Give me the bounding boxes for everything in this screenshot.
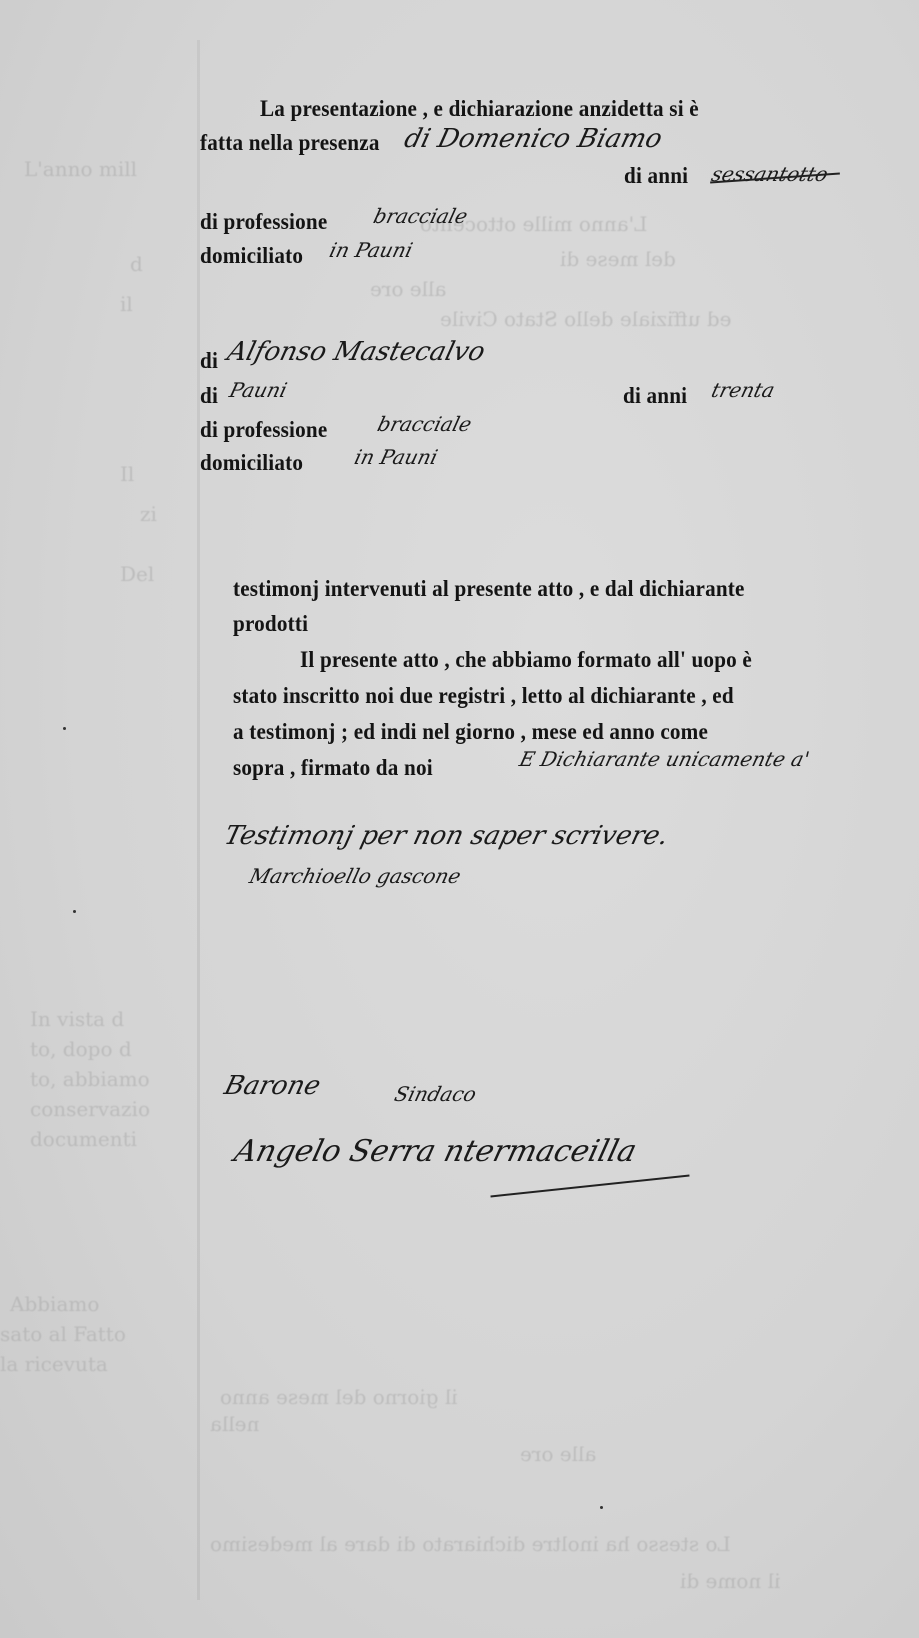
signature-label-barone: Barone (222, 1072, 324, 1100)
bleed-through-text: conservazio (30, 1095, 150, 1123)
signature-flourish (490, 1175, 689, 1198)
first-witness-age-label: di anni (624, 160, 688, 192)
body-line-1: testimonj intervenuti al presente atto ,… (233, 573, 745, 605)
first-witness-name: di Domenico Biamo (402, 125, 666, 153)
bleed-through-text: In vista d (30, 1005, 124, 1033)
bleed-through-text: alle ore (520, 1440, 596, 1468)
first-witness-domicile-label: domiciliato (200, 240, 303, 272)
second-witness-name-label: di (200, 345, 218, 377)
first-witness-profession-label: di professione (200, 206, 327, 238)
bleed-through-text: alle ore (370, 275, 446, 303)
bleed-through-text: la ricevuta (0, 1350, 108, 1378)
bleed-through-text: ed uffiziale dello Stato Civile (440, 305, 731, 333)
body-line-6: sopra , firmato da noi (233, 752, 433, 784)
second-witness-origin-label: di (200, 380, 218, 412)
bleed-through-text: zi (140, 500, 157, 528)
paper-speck (73, 910, 76, 913)
first-witness-profession: bracciale (371, 202, 471, 230)
second-witness-profession: bracciale (375, 410, 475, 438)
bleed-through-text: L'anno mill (24, 155, 137, 183)
paper-speck (63, 727, 66, 730)
bleed-through-text: Del (120, 560, 154, 588)
bleed-through-text: il nome di (680, 1567, 780, 1595)
bleed-through-text: sato al Fatto (0, 1320, 126, 1348)
body-line-5: a testimonj ; ed indi nel giorno , mese … (233, 716, 708, 748)
body-line-2: prodotti (233, 608, 308, 640)
second-witness-domicile-label: domiciliato (200, 447, 303, 479)
witness-note: Testimonj per non saper scrivere. (222, 822, 672, 850)
body-line-3: Il presente atto , che abbiamo formato a… (300, 644, 752, 676)
bleed-through-text: nella (210, 1410, 259, 1438)
bleed-through-text: Il (120, 460, 134, 488)
bleed-through-text: il (120, 290, 133, 318)
intro-line-1: La presentazione , e dichiarazione anzid… (260, 93, 699, 125)
bleed-through-text: to, abbiamo (30, 1065, 150, 1093)
second-witness-name: Alfonso Mastecalvo (225, 338, 488, 366)
signature-label-sindaco: Sindaco (392, 1080, 480, 1108)
bleed-through-text: il giorno del mese anno (220, 1383, 458, 1411)
witness-mark-name: Marchioello gascone (247, 862, 464, 890)
bleed-through-text: d (130, 250, 143, 278)
bleed-through-text: Lo stesso ha inoltre dichiarato di dare … (210, 1530, 731, 1558)
bleed-through-text: documenti (30, 1125, 137, 1153)
signing-note: E Dichiarante unicamente a' (517, 745, 813, 773)
second-witness-age: trenta (709, 376, 778, 404)
second-witness-origin: Pauni (227, 376, 291, 404)
first-witness-domicile: in Pauni (327, 236, 416, 264)
bleed-through-text: del mese di (560, 245, 676, 273)
page-gutter-shadow (197, 40, 200, 1600)
second-witness-age-label: di anni (623, 380, 687, 412)
second-witness-domicile: in Pauni (352, 443, 441, 471)
scanned-document-page: L'anno mill d il Il zi Del In vista d to… (0, 0, 919, 1638)
intro-line-2-label: fatta nella presenza (200, 127, 380, 159)
paper-speck (600, 1506, 603, 1509)
mayor-signature: Angelo Serra ntermaceilla (232, 1138, 640, 1166)
second-witness-profession-label: di professione (200, 414, 327, 446)
body-line-4: stato inscritto noi due registri , letto… (233, 680, 734, 712)
bleed-through-text: to, dopo d (30, 1035, 132, 1063)
bleed-through-text: Abbiamo (10, 1290, 99, 1318)
